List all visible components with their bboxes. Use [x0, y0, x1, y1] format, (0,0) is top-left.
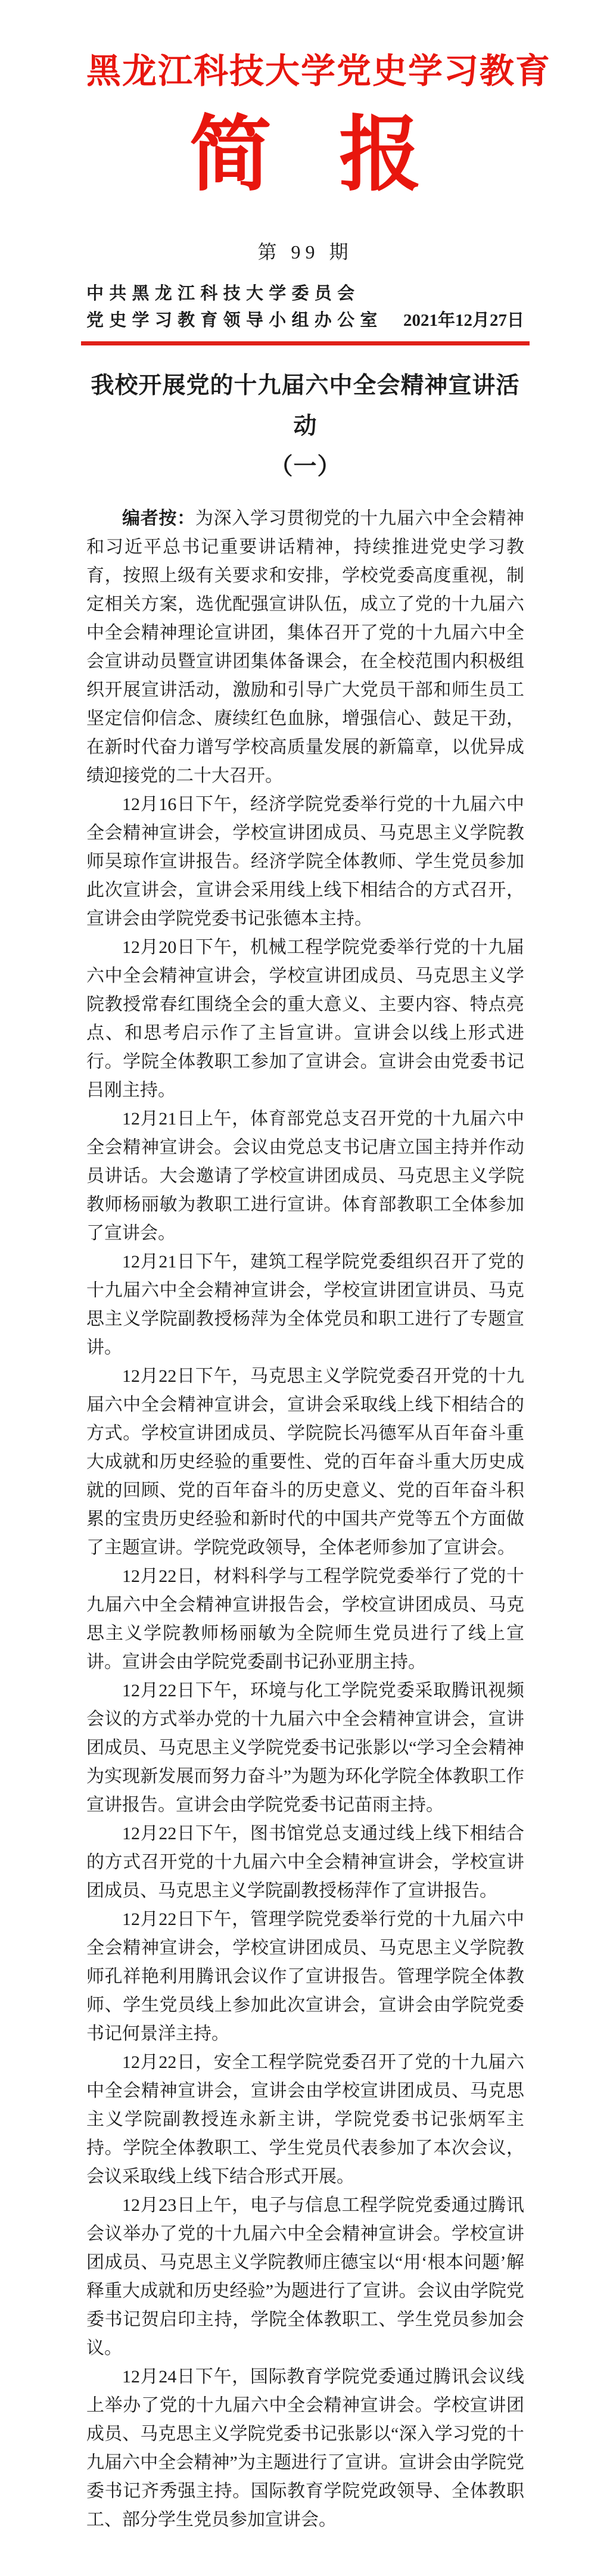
- issuer-row: 中共黑龙江科技大学委员会 党史学习教育领导小组办公室 2021年12月27日: [86, 281, 524, 334]
- editor-note-label: 编者按：: [122, 509, 195, 528]
- issuer-org-line-2: 党史学习教育领导小组办公室: [86, 307, 383, 334]
- issuer-org-line-1: 中共黑龙江科技大学委员会: [86, 281, 383, 307]
- masthead-title: 黑龙江科技大学党史学习教育: [86, 52, 524, 91]
- body-paragraph: 12月22日，材料科学与工程学院党委举行了党的十九届六中全会精神宣讲报告会，学校…: [86, 1562, 524, 1677]
- article-title: 我校开展党的十九届六中全会精神宣讲活动 （一）: [86, 366, 524, 488]
- masthead-bulletin-word: 简报: [86, 114, 524, 197]
- header-divider-rule: [81, 341, 530, 345]
- issuer-org-block: 中共黑龙江科技大学委员会 党史学习教育领导小组办公室: [86, 281, 383, 334]
- body-paragraph: 12月21日下午，建筑工程学院党委组织召开了党的十九届六中全会精神宣讲会，学校宣…: [86, 1248, 524, 1362]
- article: 我校开展党的十九届六中全会精神宣讲活动 （一） 编者按：为深入学习贯彻党的十九届…: [86, 366, 524, 2534]
- bulletin-page: 黑龙江科技大学党史学习教育 简报 第 99 期 中共黑龙江科技大学委员会 党史学…: [0, 0, 610, 2576]
- issue-date: 2021年12月27日: [403, 307, 524, 334]
- masthead: 黑龙江科技大学党史学习教育 简报 第 99 期 中共黑龙江科技大学委员会 党史学…: [86, 52, 524, 345]
- body-paragraph: 12月22日下午，管理学院党委举行党的十九届六中全会精神宣讲会，学校宣讲团成员、…: [86, 1905, 524, 2048]
- body-paragraph: 12月20日下午，机械工程学院党委举行党的十九届六中全会精神宣讲会，学校宣讲团成…: [86, 933, 524, 1105]
- editor-note-text: 为深入学习贯彻党的十九届六中全会精神和习近平总书记重要讲话精神，持续推进党史学习…: [86, 509, 524, 786]
- body-paragraph: 12月22日下午，马克思主义学院党委召开党的十九届六中全会精神宣讲会，宣讲会采取…: [86, 1362, 524, 1562]
- issue-number: 第 99 期: [86, 242, 524, 263]
- editor-note: 编者按：为深入学习贯彻党的十九届六中全会精神和习近平总书记重要讲话精神，持续推进…: [86, 504, 524, 790]
- body-paragraph: 12月24日下午，国际教育学院党委通过腾讯会议线上举办了党的十九届六中全会精神宣…: [86, 2363, 524, 2534]
- body-paragraph: 12月22日下午，图书馆党总支通过线上线下相结合的方式召开党的十九届六中全会精神…: [86, 1820, 524, 1905]
- body-paragraph: 12月23日上午，电子与信息工程学院党委通过腾讯会议举办了党的十九届六中全会精神…: [86, 2191, 524, 2363]
- body-paragraph: 12月22日，安全工程学院党委召开了党的十九届六中全会精神宣讲会，宣讲会由学校宣…: [86, 2048, 524, 2191]
- article-title-line-1: 我校开展党的十九届六中全会精神宣讲活动: [91, 373, 519, 439]
- article-title-line-2: （一）: [269, 454, 341, 479]
- body-paragraph: 12月16日下午，经济学院党委举行党的十九届六中全会精神宣讲会，学校宣讲团成员、…: [86, 790, 524, 933]
- body-paragraph: 12月22日下午，环境与化工学院党委采取腾讯视频会议的方式举办党的十九届六中全会…: [86, 1677, 524, 1820]
- body-paragraph: 12月21日上午，体育部党总支召开党的十九届六中全会精神宣讲会。会议由党总支书记…: [86, 1105, 524, 1248]
